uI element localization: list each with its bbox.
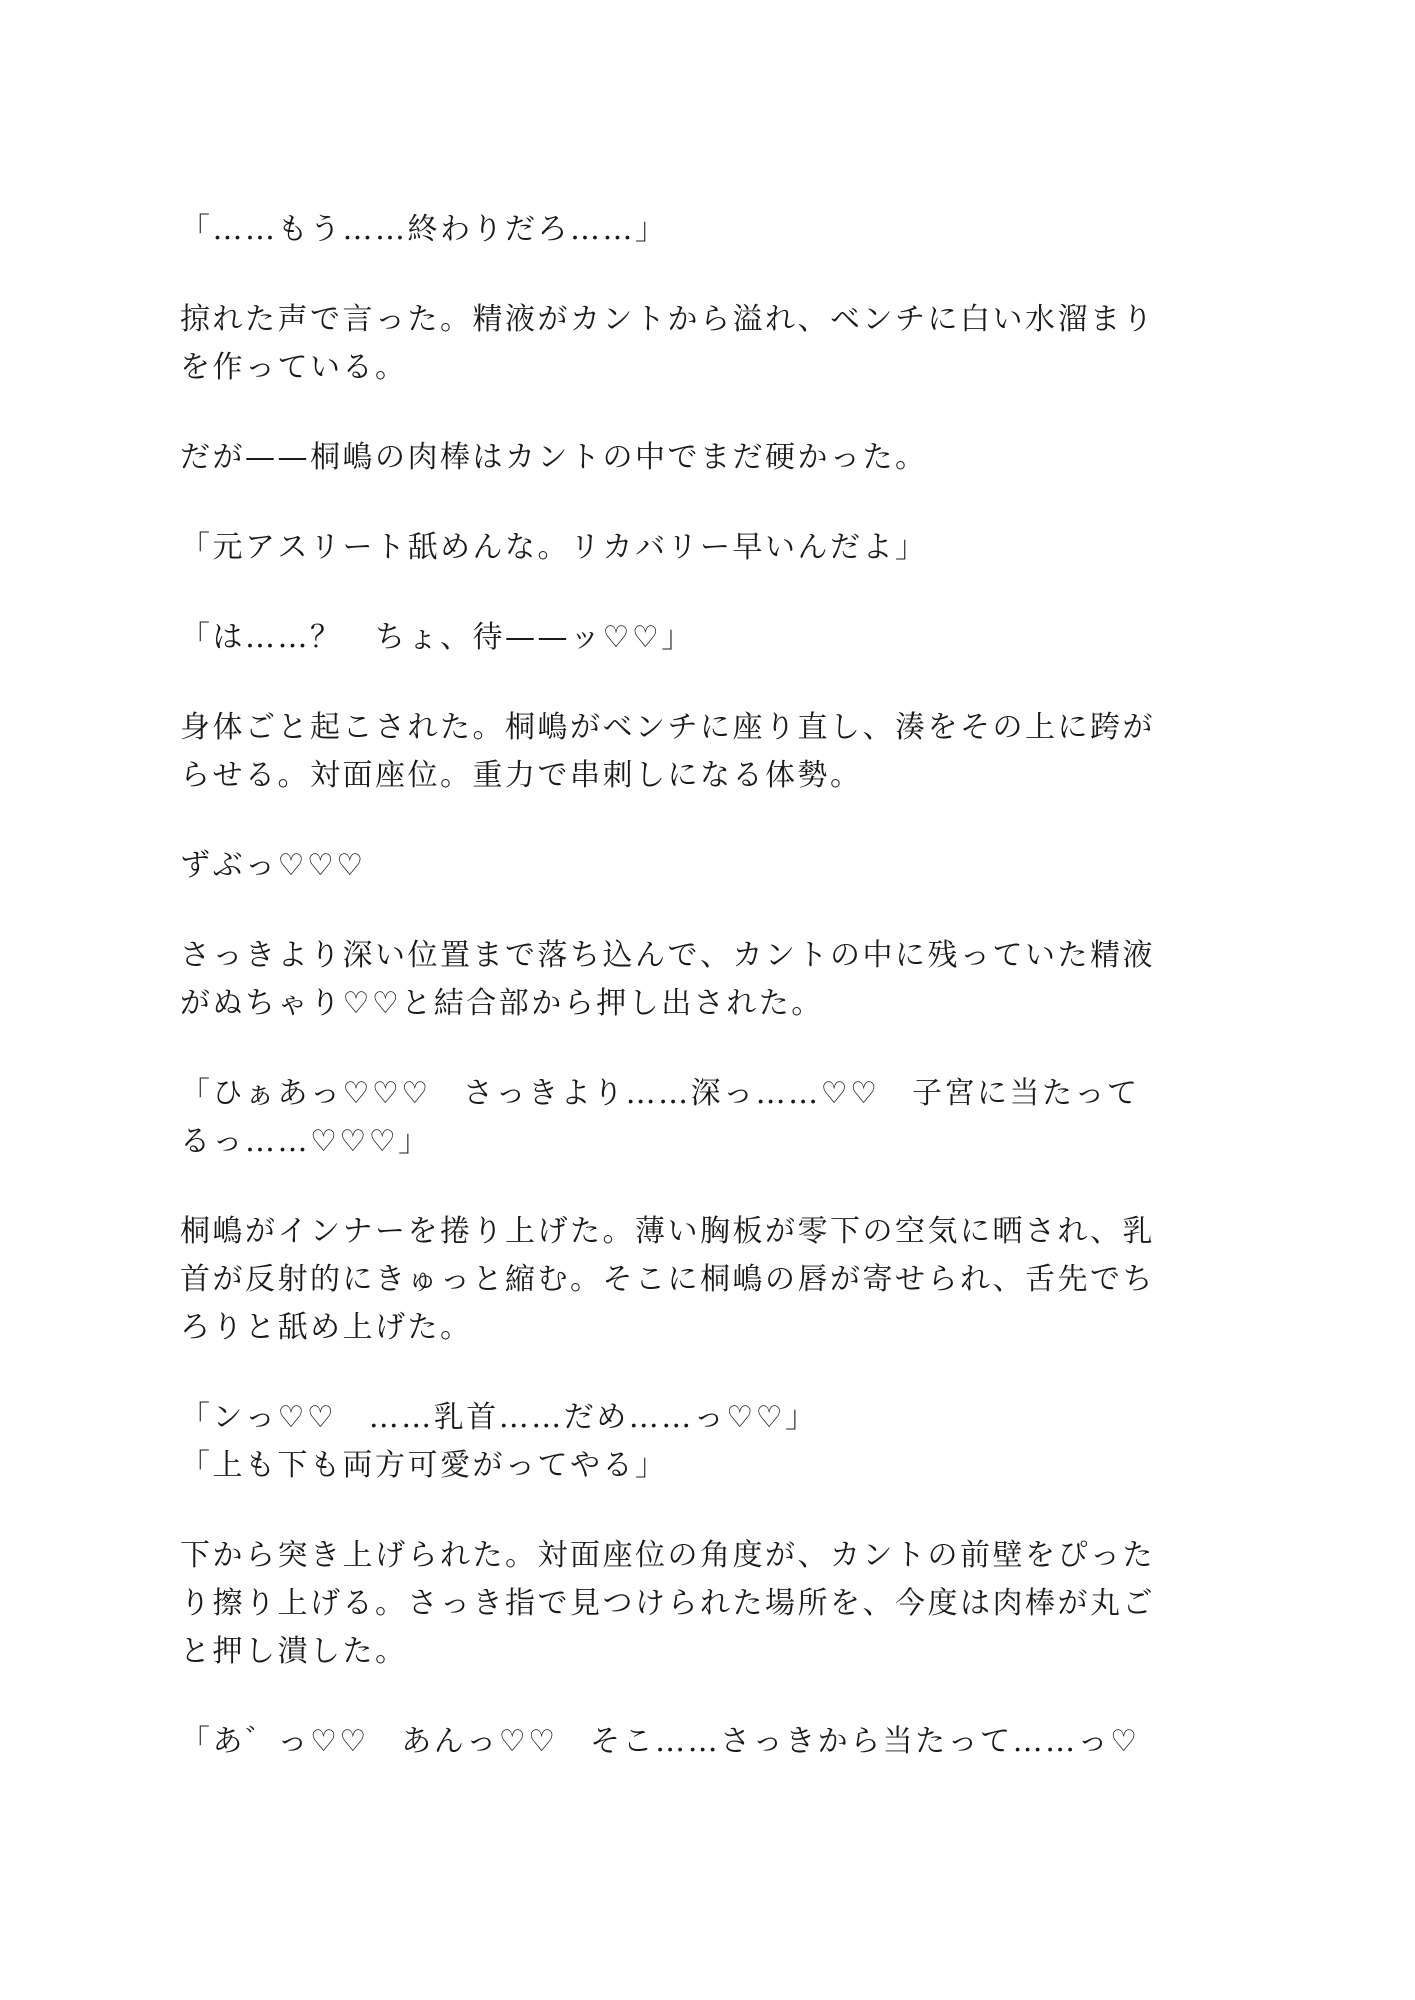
paragraph: 「あ゛っ♡♡ あんっ♡♡ そこ……さっきから当たって……っ♡ — [180, 1718, 1190, 1766]
text-line: るっ……♡♡♡」 — [180, 1118, 1190, 1166]
paragraph: 「は……？ ちょ、待——ッ♡♡」 — [180, 614, 1190, 662]
text-line: を作っている。 — [180, 344, 1190, 392]
text-line: ろりと舐め上げた。 — [180, 1304, 1190, 1352]
text-line: だが——桐嶋の肉棒はカントの中でまだ硬かった。 — [180, 434, 1190, 482]
text-line: 「ひぁあっ♡♡♡ さっきより……深っ……♡♡ 子宮に当たって — [180, 1070, 1190, 1118]
text-line: がぬちゃり♡♡と結合部から押し出された。 — [180, 980, 1190, 1028]
text-line: り擦り上げる。さっき指で見つけられた場所を、今度は肉棒が丸ご — [180, 1580, 1190, 1628]
text-line: ずぶっ♡♡♡ — [180, 842, 1190, 890]
paragraph: 「ンっ♡♡ ……乳首……だめ……っ♡♡」 「上も下も両方可愛がってやる」 — [180, 1394, 1190, 1490]
text-line: 「……もう……終わりだろ……」 — [180, 206, 1190, 254]
text-line: 「ンっ♡♡ ……乳首……だめ……っ♡♡」 — [180, 1394, 1190, 1442]
text-line: 身体ごと起こされた。桐嶋がベンチに座り直し、湊をその上に跨が — [180, 704, 1190, 752]
text-line: 「あ゛っ♡♡ あんっ♡♡ そこ……さっきから当たって……っ♡ — [180, 1718, 1190, 1766]
paragraph: 「ひぁあっ♡♡♡ さっきより……深っ……♡♡ 子宮に当たって るっ……♡♡♡」 — [180, 1070, 1190, 1166]
paragraph: 「……もう……終わりだろ……」 — [180, 206, 1190, 254]
paragraph: 「元アスリート舐めんな。リカバリー早いんだよ」 — [180, 524, 1190, 572]
paragraph: さっきより深い位置まで落ち込んで、カントの中に残っていた精液 がぬちゃり♡♡と結… — [180, 932, 1190, 1028]
paragraph: ずぶっ♡♡♡ — [180, 842, 1190, 890]
text-line: 掠れた声で言った。精液がカントから溢れ、ベンチに白い水溜まり — [180, 296, 1190, 344]
text-line: らせる。対面座位。重力で串刺しになる体勢。 — [180, 752, 1190, 800]
text-line: と押し潰した。 — [180, 1628, 1190, 1676]
paragraph: だが——桐嶋の肉棒はカントの中でまだ硬かった。 — [180, 434, 1190, 482]
text-line: 首が反射的にきゅっと縮む。そこに桐嶋の唇が寄せられ、舌先でち — [180, 1256, 1190, 1304]
document-page: 「……もう……終わりだろ……」 掠れた声で言った。精液がカントから溢れ、ベンチに… — [0, 0, 1190, 1766]
text-line: 下から突き上げられた。対面座位の角度が、カントの前壁をぴった — [180, 1532, 1190, 1580]
paragraph: 掠れた声で言った。精液がカントから溢れ、ベンチに白い水溜まり を作っている。 — [180, 296, 1190, 392]
text-line: 「は……？ ちょ、待——ッ♡♡」 — [180, 614, 1190, 662]
paragraph: 下から突き上げられた。対面座位の角度が、カントの前壁をぴった り擦り上げる。さっ… — [180, 1532, 1190, 1676]
paragraph: 桐嶋がインナーを捲り上げた。薄い胸板が零下の空気に晒され、乳 首が反射的にきゅっ… — [180, 1208, 1190, 1352]
text-line: さっきより深い位置まで落ち込んで、カントの中に残っていた精液 — [180, 932, 1190, 980]
text-line: 桐嶋がインナーを捲り上げた。薄い胸板が零下の空気に晒され、乳 — [180, 1208, 1190, 1256]
text-line: 「上も下も両方可愛がってやる」 — [180, 1442, 1190, 1490]
text-line: 「元アスリート舐めんな。リカバリー早いんだよ」 — [180, 524, 1190, 572]
paragraph: 身体ごと起こされた。桐嶋がベンチに座り直し、湊をその上に跨が らせる。対面座位。… — [180, 704, 1190, 800]
